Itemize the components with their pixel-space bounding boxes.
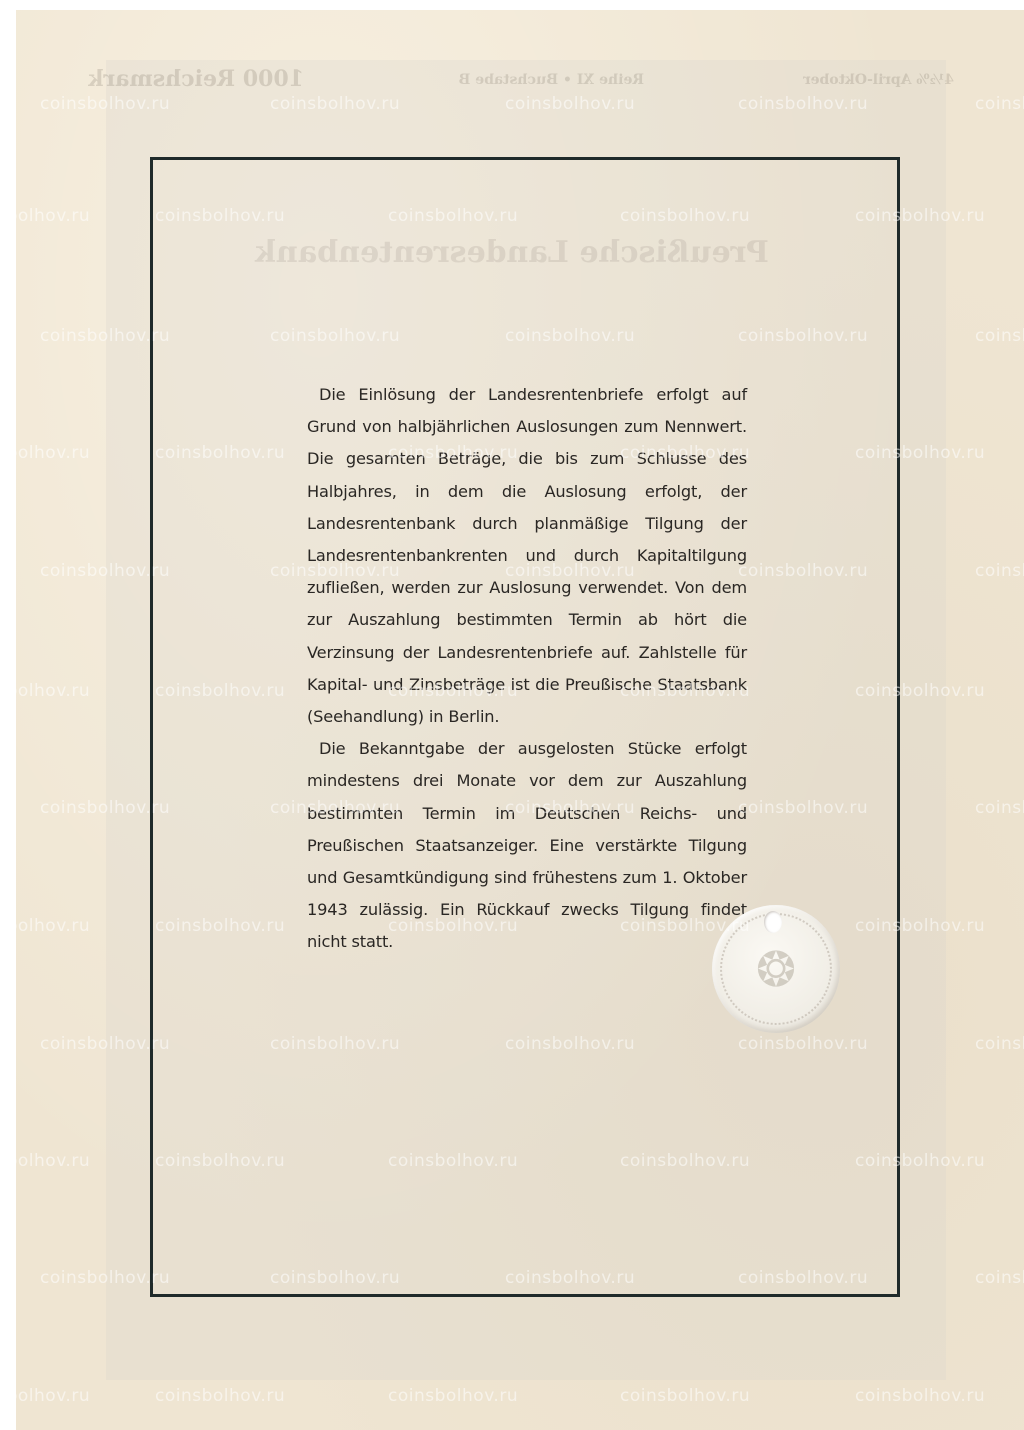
watermark-text: coinsbolhov.ru <box>505 94 635 114</box>
watermark-text: coinsbolhov.ru <box>505 561 635 581</box>
watermark-text: coinsbolhov.ru <box>505 798 635 818</box>
watermark-text: coinsbolhov.ru <box>975 94 1024 114</box>
watermark-text: coinsbolhov.ru <box>855 1386 985 1406</box>
watermark-text: coinsbolhov.ru <box>620 206 750 226</box>
watermark-text: coinsbolhov.ru <box>155 1151 285 1171</box>
watermark-text: coinsbolhov.ru <box>738 798 868 818</box>
watermark-text: coinsbolhov.ru <box>40 1268 170 1288</box>
watermark-text: coinsbolhov.ru <box>620 681 750 701</box>
watermark-text: coinsbolhov.ru <box>975 561 1024 581</box>
watermark-text: coinsbolhov.ru <box>975 798 1024 818</box>
watermark-text: coinsbolhov.ru <box>388 206 518 226</box>
watermark-text: coinsbolhov.ru <box>155 916 285 936</box>
watermark-text: coinsbolhov.ru <box>738 1268 868 1288</box>
watermark-text: coinsbolhov.ru <box>855 916 985 936</box>
watermark-text: coinsbolhov.ru <box>975 1034 1024 1054</box>
watermark-text: coinsbolhov.ru <box>270 1268 400 1288</box>
watermark-text: coinsbolhov.ru <box>388 1386 518 1406</box>
watermark-text: coinsbolhov.ru <box>155 1386 285 1406</box>
watermark-text: coinsbolhov.ru <box>505 1034 635 1054</box>
watermark-text: coinsbolhov.ru <box>505 1268 635 1288</box>
watermark-text: coinsbolhov.ru <box>0 916 90 936</box>
watermark-text: coinsbolhov.ru <box>0 206 90 226</box>
watermark-text: coinsbolhov.ru <box>388 916 518 936</box>
document-body: Die Einlösung der Landesrentenbriefe erf… <box>307 379 747 959</box>
watermark-text: coinsbolhov.ru <box>270 326 400 346</box>
watermark-text: coinsbolhov.ru <box>40 561 170 581</box>
eagle-emblem-icon: ❂ <box>746 935 806 1005</box>
watermark-text: coinsbolhov.ru <box>0 1386 90 1406</box>
watermark-text: coinsbolhov.ru <box>620 1151 750 1171</box>
watermark-text: coinsbolhov.ru <box>155 443 285 463</box>
watermark-text: coinsbolhov.ru <box>388 443 518 463</box>
watermark-text: coinsbolhov.ru <box>40 798 170 818</box>
watermark-text: coinsbolhov.ru <box>855 206 985 226</box>
watermark-text: coinsbolhov.ru <box>270 94 400 114</box>
watermark-text: coinsbolhov.ru <box>855 443 985 463</box>
bleed-header-left: 1000 Reichsmark <box>88 66 304 92</box>
watermark-text: coinsbolhov.ru <box>40 94 170 114</box>
watermark-text: coinsbolhov.ru <box>155 681 285 701</box>
bleed-header-center: Reihe XI • Buchstabe B <box>459 72 644 88</box>
watermark-text: coinsbolhov.ru <box>738 1034 868 1054</box>
watermark-text: coinsbolhov.ru <box>0 1151 90 1171</box>
punch-hole <box>764 911 782 933</box>
watermark-text: coinsbolhov.ru <box>855 1151 985 1171</box>
watermark-text: coinsbolhov.ru <box>620 1386 750 1406</box>
watermark-text: coinsbolhov.ru <box>0 443 90 463</box>
watermark-text: coinsbolhov.ru <box>975 326 1024 346</box>
watermark-text: coinsbolhov.ru <box>738 561 868 581</box>
watermark-text: coinsbolhov.ru <box>155 206 285 226</box>
watermark-text: coinsbolhov.ru <box>738 94 868 114</box>
watermark-text: coinsbolhov.ru <box>620 916 750 936</box>
watermark-text: coinsbolhov.ru <box>40 326 170 346</box>
watermark-text: coinsbolhov.ru <box>40 1034 170 1054</box>
bleed-header-right: 4½% April-Oktober <box>803 72 954 88</box>
watermark-text: coinsbolhov.ru <box>270 561 400 581</box>
watermark-text: coinsbolhov.ru <box>738 326 868 346</box>
watermark-text: coinsbolhov.ru <box>388 681 518 701</box>
watermark-text: coinsbolhov.ru <box>0 681 90 701</box>
watermark-text: coinsbolhov.ru <box>855 681 985 701</box>
watermark-text: coinsbolhov.ru <box>620 443 750 463</box>
watermark-text: coinsbolhov.ru <box>975 1268 1024 1288</box>
watermark-text: coinsbolhov.ru <box>270 798 400 818</box>
watermark-text: coinsbolhov.ru <box>388 1151 518 1171</box>
watermark-text: coinsbolhov.ru <box>505 326 635 346</box>
watermark-text: coinsbolhov.ru <box>270 1034 400 1054</box>
